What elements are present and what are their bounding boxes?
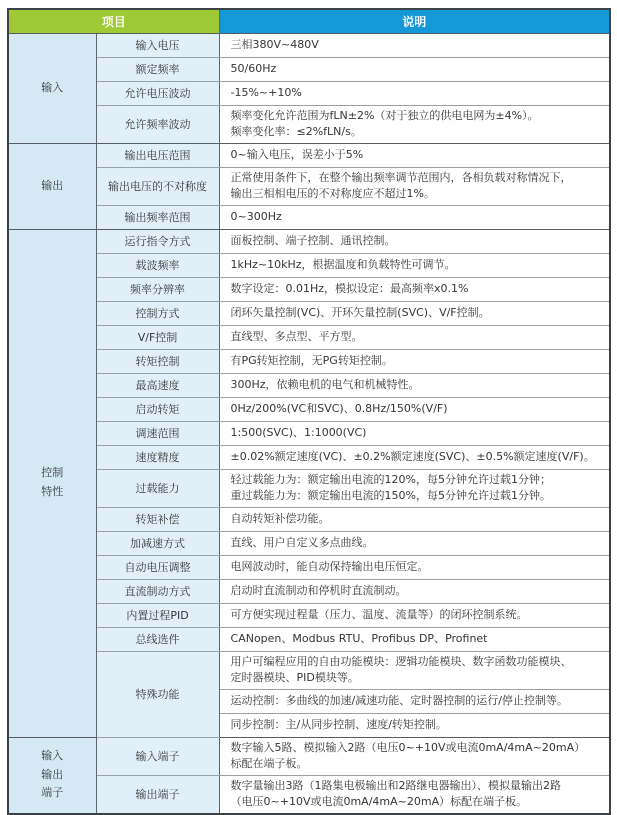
spec-page: 项目 说明 输入 输入电压 三相380V~480V 额定频率 50/60Hz 允…: [0, 0, 617, 804]
item-cell: 速度精度: [96, 445, 219, 469]
desc-cell: 轻过载能力为：额定输出电流的120%，每5分钟允许过载1分钟； 重过载能力为：额…: [219, 469, 610, 507]
desc-cell: 300Hz，依赖电机的电气和机械特性。: [219, 373, 610, 397]
desc-cell: 数字量输出3路（1路集电极输出和2路继电器输出）、模拟量输出2路 （电压0~+1…: [219, 775, 610, 814]
desc-cell: 同步控制：主/从同步控制、速度/转矩控制。: [219, 713, 610, 737]
desc-cell: 直线、用户自定义多点曲线。: [219, 531, 610, 555]
group-cell-io-terminals: 输入 输出 端子: [8, 737, 96, 814]
item-cell: 转矩补偿: [96, 507, 219, 531]
item-cell: V/F控制: [96, 325, 219, 349]
item-cell-special-functions: 特殊功能: [96, 651, 219, 737]
item-cell: 输出端子: [96, 775, 219, 814]
desc-cell: 1kHz~10kHz，根据温度和负载特性可调节。: [219, 253, 610, 277]
item-cell: 输入电压: [96, 33, 219, 57]
item-cell: 输出电压范围: [96, 143, 219, 167]
spec-table: 项目 说明 输入 输入电压 三相380V~480V 额定频率 50/60Hz 允…: [7, 8, 611, 815]
item-cell: 内置过程PID: [96, 603, 219, 627]
desc-cell: 可方便实现过程量（压力、温度、流量等）的闭环控制系统。: [219, 603, 610, 627]
desc-cell: 启动时直流制动和停机时直流制动。: [219, 579, 610, 603]
desc-cell: 0Hz/200%(VC和SVC)、0.8Hz/150%(V/F): [219, 397, 610, 421]
desc-cell: 三相380V~480V: [219, 33, 610, 57]
desc-cell: 频率变化允许范围为fLN±2%（对于独立的供电电网为±4%）。 频率变化率：≤2…: [219, 105, 610, 143]
desc-cell: 运动控制：多曲线的加速/减速功能、定时器控制的运行/停止控制等。: [219, 689, 610, 713]
item-cell: 总线选件: [96, 627, 219, 651]
item-cell: 载波频率: [96, 253, 219, 277]
desc-cell: -15%~+10%: [219, 81, 610, 105]
desc-cell: 面板控制、端子控制、通讯控制。: [219, 229, 610, 253]
item-cell: 输入端子: [96, 737, 219, 775]
desc-cell: 直线型、多点型、平方型。: [219, 325, 610, 349]
item-cell: 控制方式: [96, 301, 219, 325]
item-cell: 输出电压的不对称度: [96, 167, 219, 205]
item-cell: 自动电压调整: [96, 555, 219, 579]
item-cell: 直流制动方式: [96, 579, 219, 603]
desc-cell: 数字设定：0.01Hz，模拟设定：最高频率x0.1%: [219, 277, 610, 301]
item-cell: 调速范围: [96, 421, 219, 445]
desc-cell: 0~300Hz: [219, 205, 610, 229]
desc-cell: 用户可编程应用的自由功能模块：逻辑功能模块、数字函数功能模块、 定时器模块、PI…: [219, 651, 610, 689]
item-cell: 加减速方式: [96, 531, 219, 555]
item-cell: 启动转矩: [96, 397, 219, 421]
item-cell: 允许电压波动: [96, 81, 219, 105]
column-header-item: 项目: [8, 9, 219, 33]
desc-cell: 闭环矢量控制(VC)、开环矢量控制(SVC)、V/F控制。: [219, 301, 610, 325]
group-cell-control: 控制 特性: [8, 229, 96, 737]
item-cell: 过载能力: [96, 469, 219, 507]
item-cell: 最高速度: [96, 373, 219, 397]
desc-cell: 0~输入电压，误差小于5%: [219, 143, 610, 167]
desc-cell: ±0.02%额定速度(VC)、±0.2%额定速度(SVC)、±0.5%额定速度(…: [219, 445, 610, 469]
desc-cell: 50/60Hz: [219, 57, 610, 81]
desc-cell: 自动转矩补偿功能。: [219, 507, 610, 531]
desc-cell: 数字输入5路、模拟输入2路（电压0~+10V或电流0mA/4mA~20mA） 标…: [219, 737, 610, 775]
group-cell-input: 输入: [8, 33, 96, 143]
table-header: 项目 说明: [8, 9, 610, 33]
column-header-desc: 说明: [219, 9, 610, 33]
desc-cell: 电网波动时，能自动保持输出电压恒定。: [219, 555, 610, 579]
desc-cell: 有PG转矩控制，无PG转矩控制。: [219, 349, 610, 373]
item-cell: 频率分辨率: [96, 277, 219, 301]
item-cell: 转矩控制: [96, 349, 219, 373]
item-cell: 允许频率波动: [96, 105, 219, 143]
item-cell: 输出频率范围: [96, 205, 219, 229]
item-cell: 额定频率: [96, 57, 219, 81]
desc-cell: 正常使用条件下，在整个输出频率调节范围内，各相负载对称情况下， 输出三相相电压的…: [219, 167, 610, 205]
group-cell-output: 输出: [8, 143, 96, 229]
desc-cell: CANopen、Modbus RTU、Profibus DP、Profinet: [219, 627, 610, 651]
desc-cell: 1:500(SVC)、1:1000(VC): [219, 421, 610, 445]
item-cell: 运行指令方式: [96, 229, 219, 253]
